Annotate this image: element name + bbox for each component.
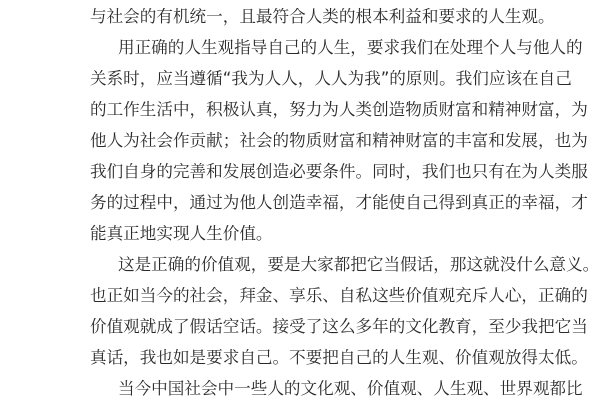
paragraph-start-line: 当今中国社会中一些人的文化观、价值观、人生观、世界观都比	[118, 374, 510, 400]
text-line: 的工作生活中，积极认真，努力为人类创造物质财富和精神财富，为	[90, 95, 510, 125]
text-line: 真话，我也如是要求自己。不要把自己的人生观、价值观放得太低。	[90, 343, 510, 373]
text-line: 关系时，应当遵循“我为人人，人人为我”的原则。我们应该在自己	[90, 64, 510, 94]
text-line: 我们自身的完善和发展创造必要条件。同时，我们也只有在为人类服	[90, 157, 510, 187]
text-line: 能真正地实现人生价值。	[90, 219, 510, 249]
paragraph-start-line: 这是正确的价值观，要是大家都把它当假话，那这就没什么意义。	[118, 250, 510, 280]
text-line: 务的过程中，通过为他人创造幸福，才能使自己得到真正的幸福，才	[90, 188, 510, 218]
text-line: 也正如当今的社会，拜金、享乐、自私这些价值观充斥人心，正确的	[90, 281, 510, 311]
paragraph-start-line: 用正确的人生观指导自己的人生，要求我们在处理个人与他人的	[118, 33, 510, 63]
document-page: 与社会的有机统一，且最符合人类的根本利益和要求的人生观。 用正确的人生观指导自己…	[0, 0, 600, 400]
text-line: 价值观就成了假话空话。接受了这么多年的文化教育，至少我把它当	[90, 312, 510, 342]
text-line: 与社会的有机统一，且最符合人类的根本利益和要求的人生观。	[90, 2, 510, 32]
text-line: 他人为社会作贡献；社会的物质财富和精神财富的丰富和发展，也为	[90, 126, 510, 156]
